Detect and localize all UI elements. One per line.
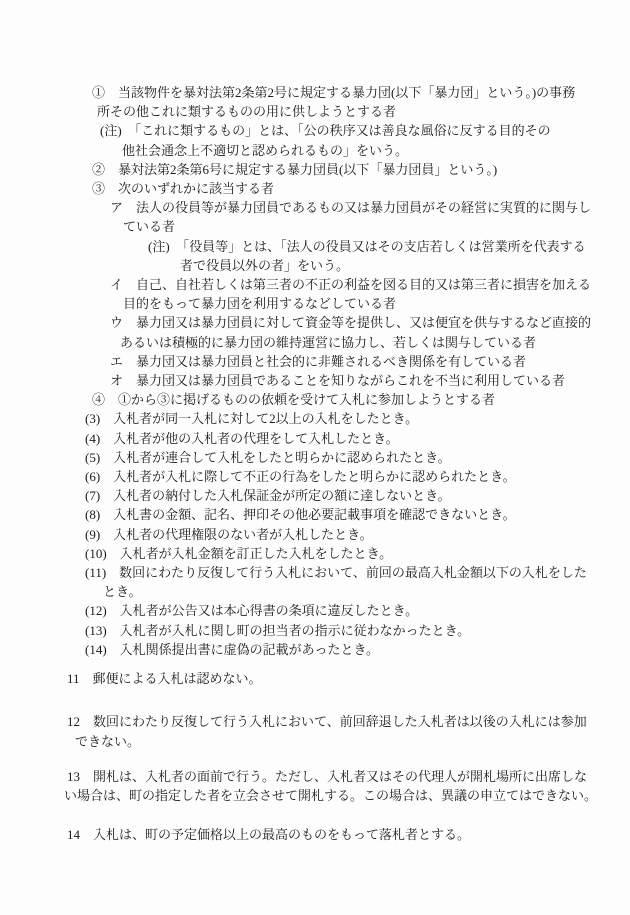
text-line: (9) 入札者の代理権限のない者が入札したとき。 (0, 525, 630, 544)
text-line: 他社会通念上不適切と認められるもの」をいう。 (0, 141, 630, 160)
text-line: (10) 入札者が入札金額を訂正した入札をしたとき。 (0, 544, 630, 563)
text-line: あるいは積極的に暴力団の維持運営に協力し、若しくは関与している者 (0, 333, 630, 352)
text-line: (14) 入札関係提出書に虚偽の記載があったとき。 (0, 640, 630, 659)
text-line: (12) 入札者が公告又は本心得書の条項に違反したとき。 (0, 601, 630, 620)
text-line: (3) 入札者が同一入札に対して2以上の入札をしたとき。 (0, 409, 630, 428)
text-line: 者で役員以外の者」をいう。 (0, 256, 630, 275)
text-line: (5) 入札者が連合して入札をしたと明らかに認められたとき。 (0, 448, 630, 467)
text-line: (注) 「役員等」とは、「法人の役員又はその支店若しくは営業所を代表する (0, 237, 630, 256)
text-line: (8) 入札書の金額、記名、押印その他必要記載事項を確認できないとき。 (0, 505, 630, 524)
text-line: (6) 入札者が入札に際して不正の行為をしたと明らかに認められたとき。 (0, 467, 630, 486)
text-line: 13 開札は、入札者の面前で行う。ただし、入札者又はその代理人が開札場所に出席し… (0, 767, 630, 786)
text-line: い場合は、町の指定した者を立会させて開札する。この場合は、異議の申立てはできない… (0, 786, 630, 805)
text-line: とき。 (0, 582, 630, 601)
text-line: できない。 (0, 732, 630, 751)
text-line: (7) 入札者の納付した入札保証金が所定の額に達しないとき。 (0, 486, 630, 505)
text-line: (4) 入札者が他の入札者の代理をして入札したとき。 (0, 429, 630, 448)
text-line: ③ 次のいずれかに該当する者 (0, 179, 630, 198)
document-body: ① 当該物件を暴対法第2条第2号に規定する暴力団(以下「暴力団」という。)の事務… (0, 0, 630, 844)
text-line: (13) 入札者が入札に関し町の担当者の指示に従わなかったとき。 (0, 621, 630, 640)
text-line: エ 暴力団又は暴力団員と社会的に非難されるべき関係を有している者 (0, 352, 630, 371)
text-line: ② 暴対法第2条第6号に規定する暴力団員(以下「暴力団員」という。) (0, 160, 630, 179)
text-line: 所その他これに類するものの用に供しようとする者 (0, 102, 630, 121)
text-line: オ 暴力団又は暴力団員であることを知りながらこれを不当に利用している者 (0, 371, 630, 390)
text-line: イ 自己、自社若しくは第三者の不正の利益を図る目的又は第三者に損害を加える (0, 275, 630, 294)
text-line: 目的をもって暴力団を利用するなどしている者 (0, 294, 630, 313)
text-line: 11 郵便による入札は認めない。 (0, 669, 630, 688)
document-page: ① 当該物件を暴対法第2条第2号に規定する暴力団(以下「暴力団」という。)の事務… (0, 0, 630, 915)
text-line: (11) 数回にわたり反復して行う入札において、前回の最高入札金額以下の入札をし… (0, 563, 630, 582)
text-line: ④ ①から③に掲げるものの依頼を受けて入札に参加しようとする者 (0, 390, 630, 409)
text-line: ① 当該物件を暴対法第2条第2号に規定する暴力団(以下「暴力団」という。)の事務 (0, 83, 630, 102)
text-line: 12 数回にわたり反復して行う入札において、前回辞退した入札者は以後の入札には参… (0, 712, 630, 731)
text-line: ている者 (0, 217, 630, 236)
text-line: ウ 暴力団又は暴力団員に対して資金等を提供し、又は便宜を供与するなど直接的 (0, 313, 630, 332)
text-line: ア 法人の役員等が暴力団員であるもの又は暴力団員がその経営に実質的に関与し (0, 198, 630, 217)
text-line: 14 入札は、町の予定価格以上の最高のものをもって落札者とする。 (0, 825, 630, 844)
text-line: (注) 「これに類するもの」とは、「公の秩序又は善良な風俗に反する目的その (0, 121, 630, 140)
